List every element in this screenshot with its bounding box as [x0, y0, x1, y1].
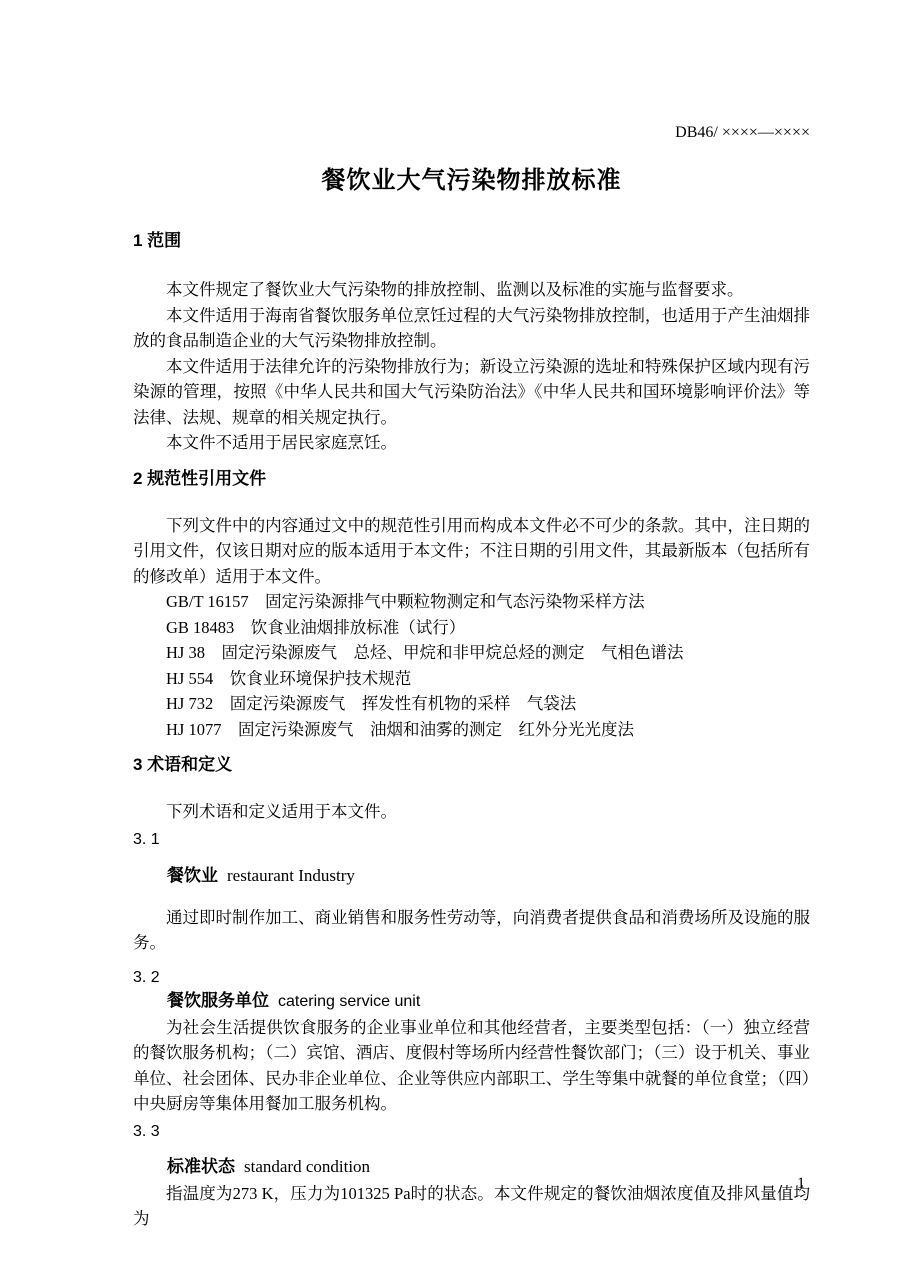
term-name-en: standard condition — [244, 1157, 370, 1176]
reference-item: GB/T 16157 固定污染源排气中颗粒物测定和气态污染物采样方法 — [133, 589, 810, 615]
section-heading-terms-definitions: 3 术语和定义 — [133, 754, 810, 776]
reference-item: GB 18483 饮食业油烟排放标准（试行） — [133, 615, 810, 641]
term-number: 3. 2 — [133, 968, 810, 988]
term-number: 3. 3 — [133, 1122, 810, 1142]
document-content: DB46/ ××××—×××× 餐饮业大气污染物排放标准 1 范围 本文件规定了… — [0, 0, 900, 1232]
paragraph: 下列文件中的内容通过文中的规范性引用而构成本文件必不可少的条款。其中，注日期的引… — [133, 513, 810, 590]
standard-code: DB46/ ××××—×××× — [675, 124, 810, 141]
reference-item: HJ 554 饮食业环境保护技术规范 — [133, 666, 810, 692]
terms-intro: 下列术语和定义适用于本文件。 — [133, 799, 810, 825]
term-number: 3. 1 — [133, 830, 810, 850]
paragraph: 本文件规定了餐饮业大气污染物的排放控制、监测以及标准的实施与监督要求。 — [133, 277, 810, 303]
section-heading-scope: 1 范围 — [133, 230, 810, 252]
term-name-en: restaurant Industry — [227, 866, 355, 885]
document-title: 餐饮业大气污染物排放标准 — [133, 165, 810, 197]
paragraph: 本文件不适用于居民家庭烹饪。 — [133, 430, 810, 456]
term-definition: 为社会生活提供饮食服务的企业事业单位和其他经营者，主要类型包括：（一）独立经营的… — [133, 1015, 810, 1117]
paragraph: 本文件适用于海南省餐饮服务单位烹饪过程的大气污染物排放控制，也适用于产生油烟排放… — [133, 303, 810, 354]
paragraph: 下列术语和定义适用于本文件。 — [133, 799, 810, 825]
reference-item: HJ 732 固定污染源废气 挥发性有机物的采样 气袋法 — [133, 691, 810, 717]
term-entry: 餐饮业restaurant Industry — [133, 865, 810, 887]
term-entry: 餐饮服务单位catering service unit — [133, 990, 810, 1013]
document-page: DB46/ ××××—×××× 餐饮业大气污染物排放标准 1 范围 本文件规定了… — [0, 0, 900, 1272]
term-name-en: catering service unit — [278, 993, 420, 1010]
section-heading-normative-references: 2 规范性引用文件 — [133, 468, 810, 490]
term-name-zh: 餐饮服务单位 — [167, 991, 269, 1010]
normative-references-intro: 下列文件中的内容通过文中的规范性引用而构成本文件必不可少的条款。其中，注日期的引… — [133, 513, 810, 590]
page-number: 1 — [797, 1174, 805, 1194]
term-entry: 标准状态standard condition — [133, 1156, 810, 1178]
paragraph: 本文件适用于法律允许的污染物排放行为；新设立污染源的选址和特殊保护区域内现有污染… — [133, 354, 810, 431]
document-header: DB46/ ××××—×××× — [133, 124, 810, 142]
reference-item: HJ 38 固定污染源废气 总烃、甲烷和非甲烷总烃的测定 气相色谱法 — [133, 640, 810, 666]
reference-list: GB/T 16157 固定污染源排气中颗粒物测定和气态污染物采样方法 GB 18… — [133, 589, 810, 742]
term-definition: 通过即时制作加工、商业销售和服务性劳动等，向消费者提供食品和消费场所及设施的服务… — [133, 905, 810, 956]
reference-item: HJ 1077 固定污染源废气 油烟和油雾的测定 红外分光光度法 — [133, 717, 810, 743]
term-name-zh: 标准状态 — [167, 1157, 235, 1176]
section-scope-body: 本文件规定了餐饮业大气污染物的排放控制、监测以及标准的实施与监督要求。 本文件适… — [133, 277, 810, 456]
term-definition: 指温度为273 K，压力为101325 Pa时的状态。本文件规定的餐饮油烟浓度值… — [133, 1181, 810, 1232]
term-name-zh: 餐饮业 — [167, 866, 218, 885]
